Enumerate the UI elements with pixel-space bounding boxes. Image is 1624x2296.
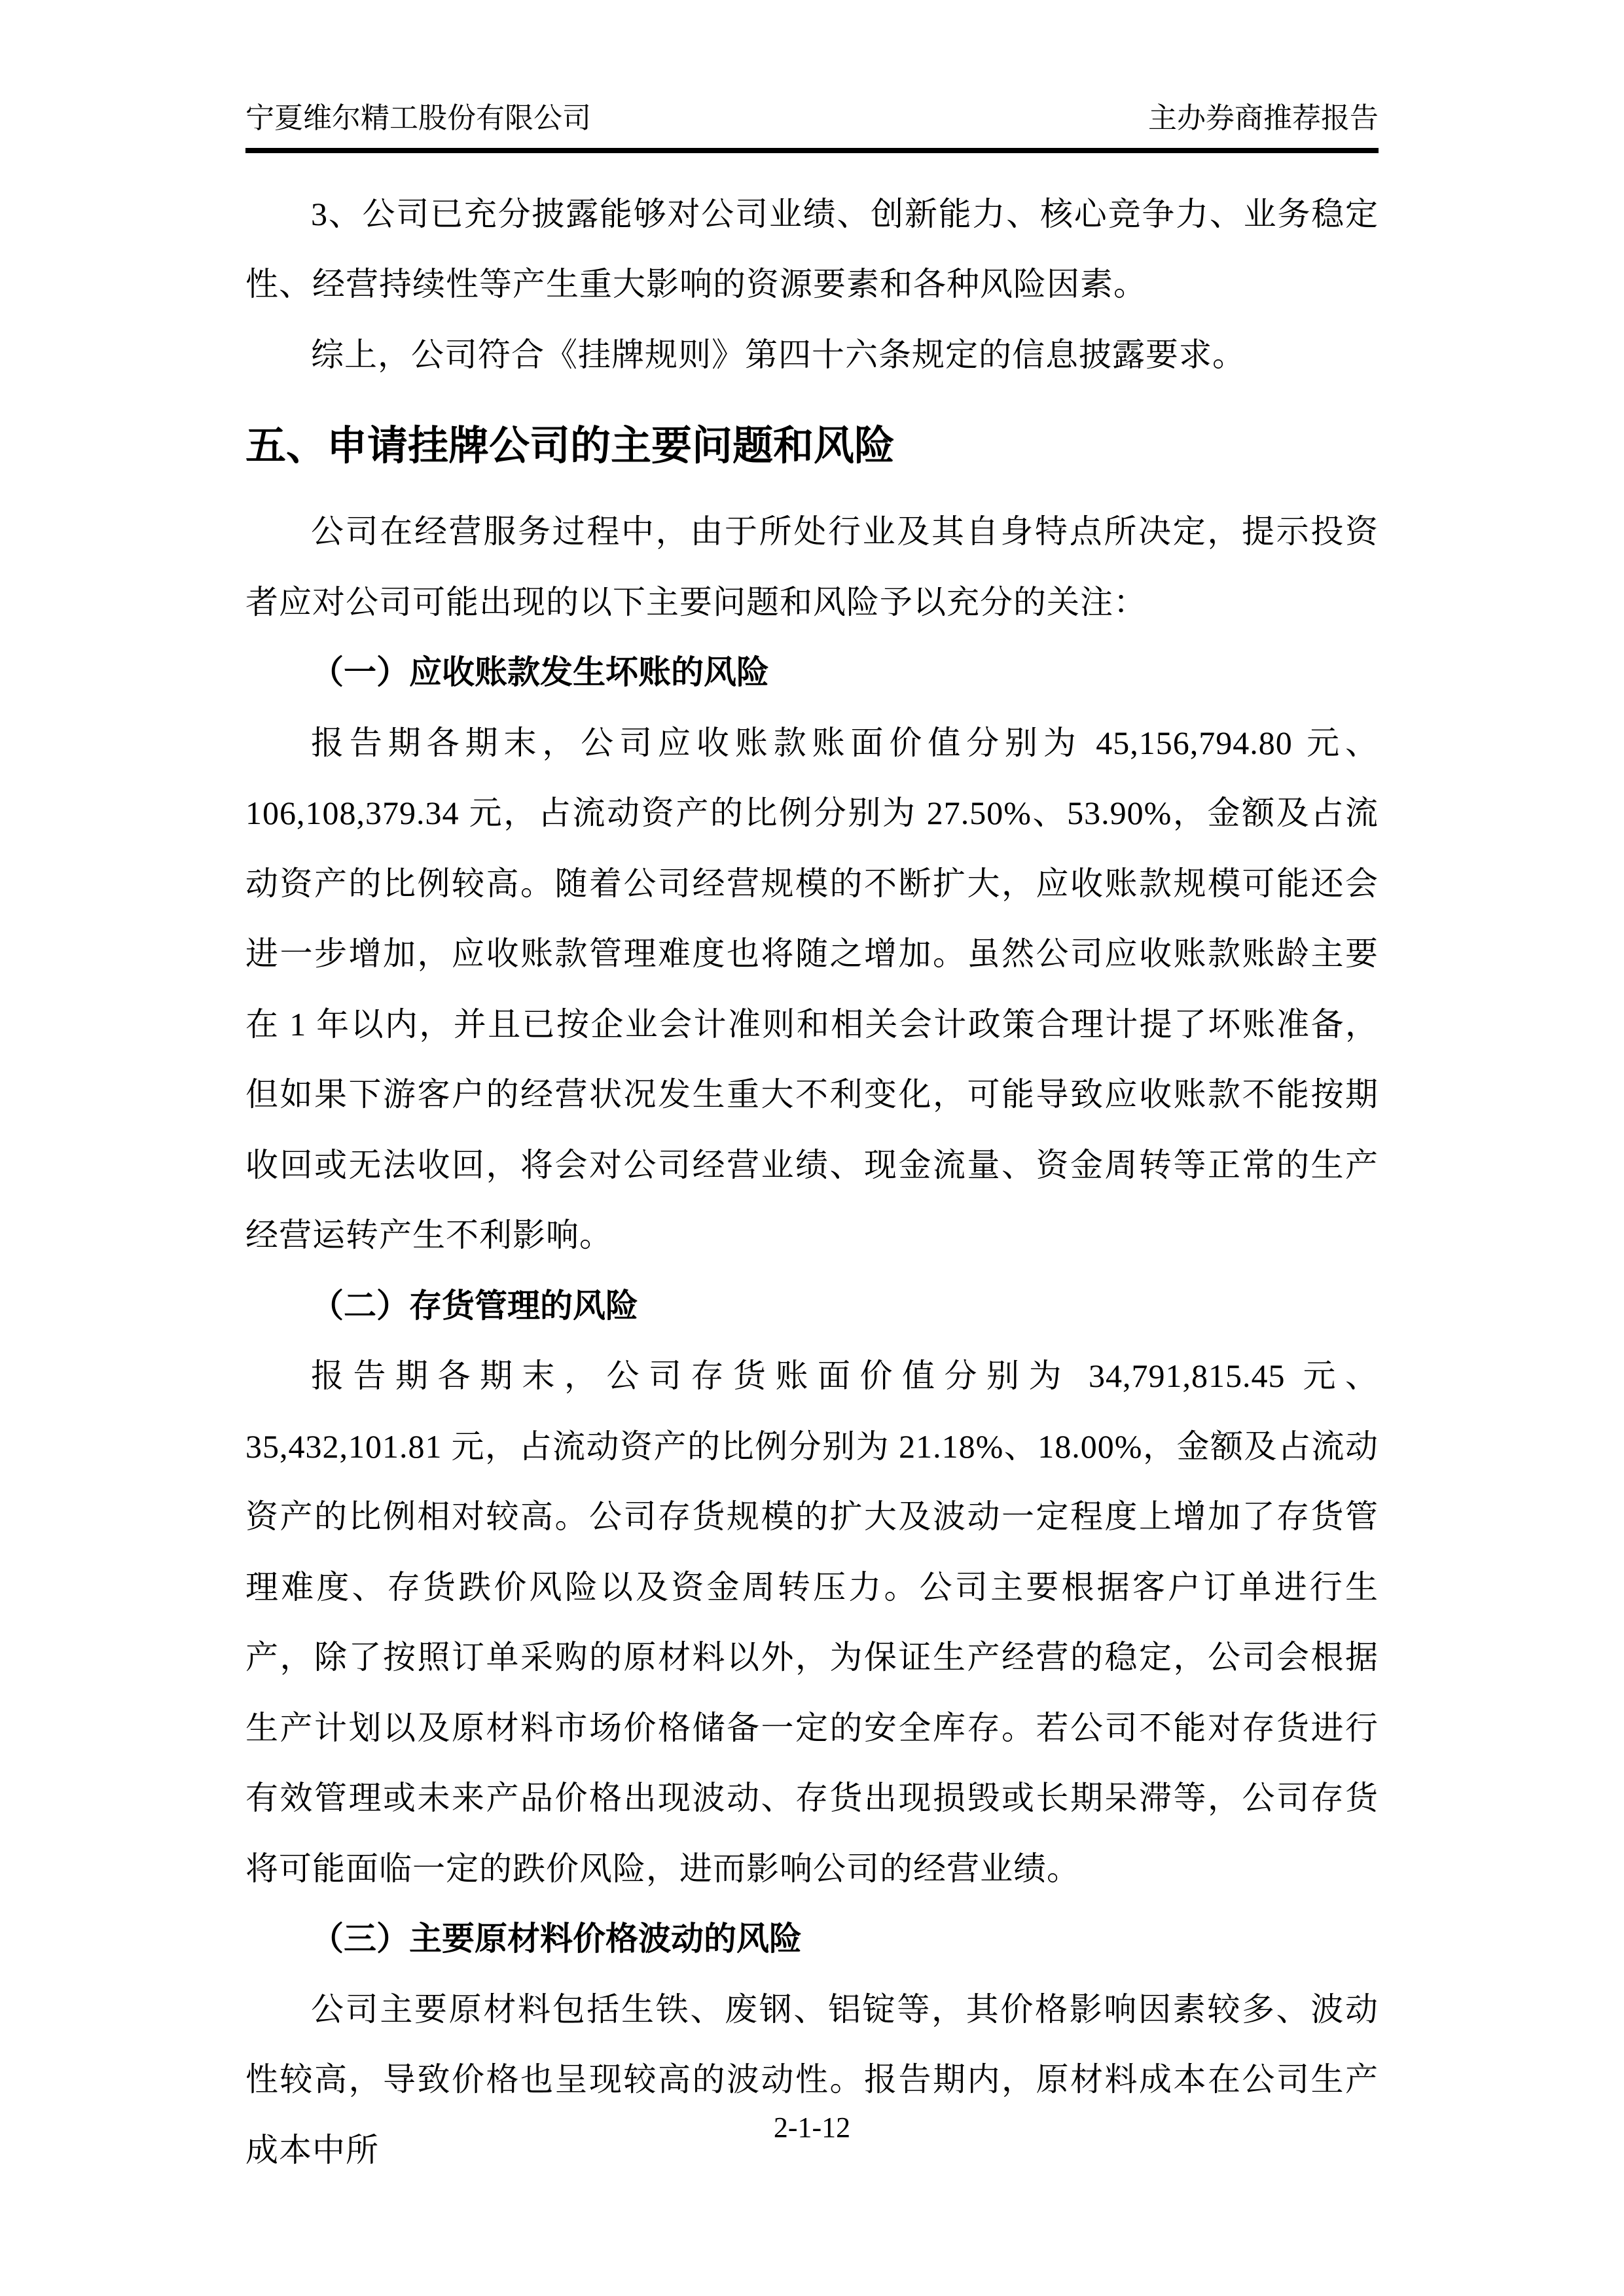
header-divider xyxy=(245,148,1379,153)
header-company-name: 宁夏维尔精工股份有限公司 xyxy=(245,98,591,139)
paragraph-receivables-risk: 报告期各期末，公司应收账款账面价值分别为 45,156,794.80 元、106… xyxy=(245,708,1379,1271)
paragraph-disclosure: 3、公司已充分披露能够对公司业绩、创新能力、核心竞争力、业务稳定性、经营持续性等… xyxy=(245,179,1379,320)
document-page: 宁夏维尔精工股份有限公司 主办券商推荐报告 3、公司已充分披露能够对公司业绩、创… xyxy=(0,0,1624,2296)
section-title-main-issues-and-risks: 五、申请挂牌公司的主要问题和风险 xyxy=(245,414,1379,478)
page-number: 2-1-12 xyxy=(0,2111,1624,2145)
paragraph-intro: 公司在经营服务过程中，由于所处行业及其自身特点所决定，提示投资者应对公司可能出现… xyxy=(245,497,1379,637)
paragraph-inventory-risk: 报告期各期末，公司存货账面价值分别为 34,791,815.45 元、35,43… xyxy=(245,1341,1379,1904)
subsection-title-receivables-bad-debt-risk: （一）应收账款发生坏账的风险 xyxy=(245,637,1379,708)
header-report-type: 主办券商推荐报告 xyxy=(1148,98,1379,139)
page-content: 宁夏维尔精工股份有限公司 主办券商推荐报告 3、公司已充分披露能够对公司业绩、创… xyxy=(245,98,1379,2185)
paragraph-summary: 综上，公司符合《挂牌规则》第四十六条规定的信息披露要求。 xyxy=(245,320,1379,391)
subsection-title-raw-material-price-risk: （三）主要原材料价格波动的风险 xyxy=(245,1904,1379,1975)
paragraph-raw-material-risk: 公司主要原材料包括生铁、废钢、铝锭等，其价格影响因素较多、波动性较高，导致价格也… xyxy=(245,1975,1379,2186)
page-header: 宁夏维尔精工股份有限公司 主办券商推荐报告 xyxy=(245,98,1379,139)
subsection-title-inventory-management-risk: （二）存货管理的风险 xyxy=(245,1271,1379,1342)
